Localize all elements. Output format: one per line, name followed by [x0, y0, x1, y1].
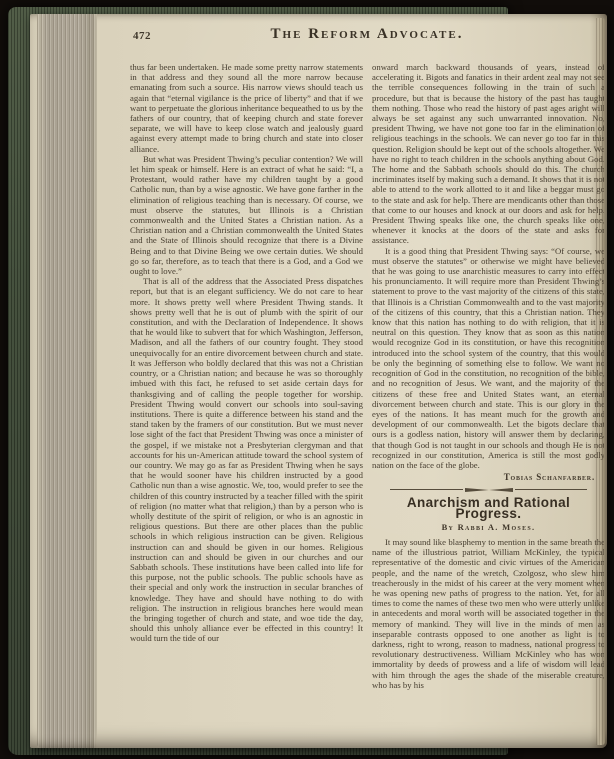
- page-content: 472 The Reform Advocate. thus far been u…: [130, 26, 604, 748]
- article-byline: By Rabbi A. Moses.: [372, 522, 604, 532]
- journal-title: The Reform Advocate.: [130, 26, 604, 43]
- page-header: 472 The Reform Advocate.: [130, 26, 604, 48]
- text-columns: thus far been undertaken. He made some p…: [130, 62, 604, 734]
- body-paragraph: It may sound like blasphemy to mention i…: [372, 537, 604, 690]
- divider-arrow-right: [465, 488, 489, 492]
- page-edge-stack: [37, 14, 97, 748]
- arrow-divider: [390, 484, 587, 495]
- journal-page: 472 The Reform Advocate. thus far been u…: [30, 14, 607, 748]
- divider-line: [390, 489, 463, 490]
- body-paragraph: thus far been undertaken. He made some p…: [130, 62, 363, 154]
- divider-line: [515, 489, 588, 490]
- body-paragraph: But what was President Thwing’s peculiar…: [130, 154, 363, 276]
- body-paragraph: That is all of the address that the Asso…: [130, 276, 363, 643]
- body-paragraph: It is a good thing that President Thwing…: [372, 246, 604, 470]
- left-column: thus far been undertaken. He made some p…: [130, 62, 363, 734]
- divider-arrow-left: [489, 488, 513, 492]
- author-signature: Tobias Schanfarber.: [372, 472, 604, 482]
- body-paragraph: onward march backward thousands of years…: [372, 62, 604, 246]
- right-column: onward march backward thousands of years…: [372, 62, 604, 734]
- article-title: Anarchism and Rational Progress.: [372, 498, 604, 518]
